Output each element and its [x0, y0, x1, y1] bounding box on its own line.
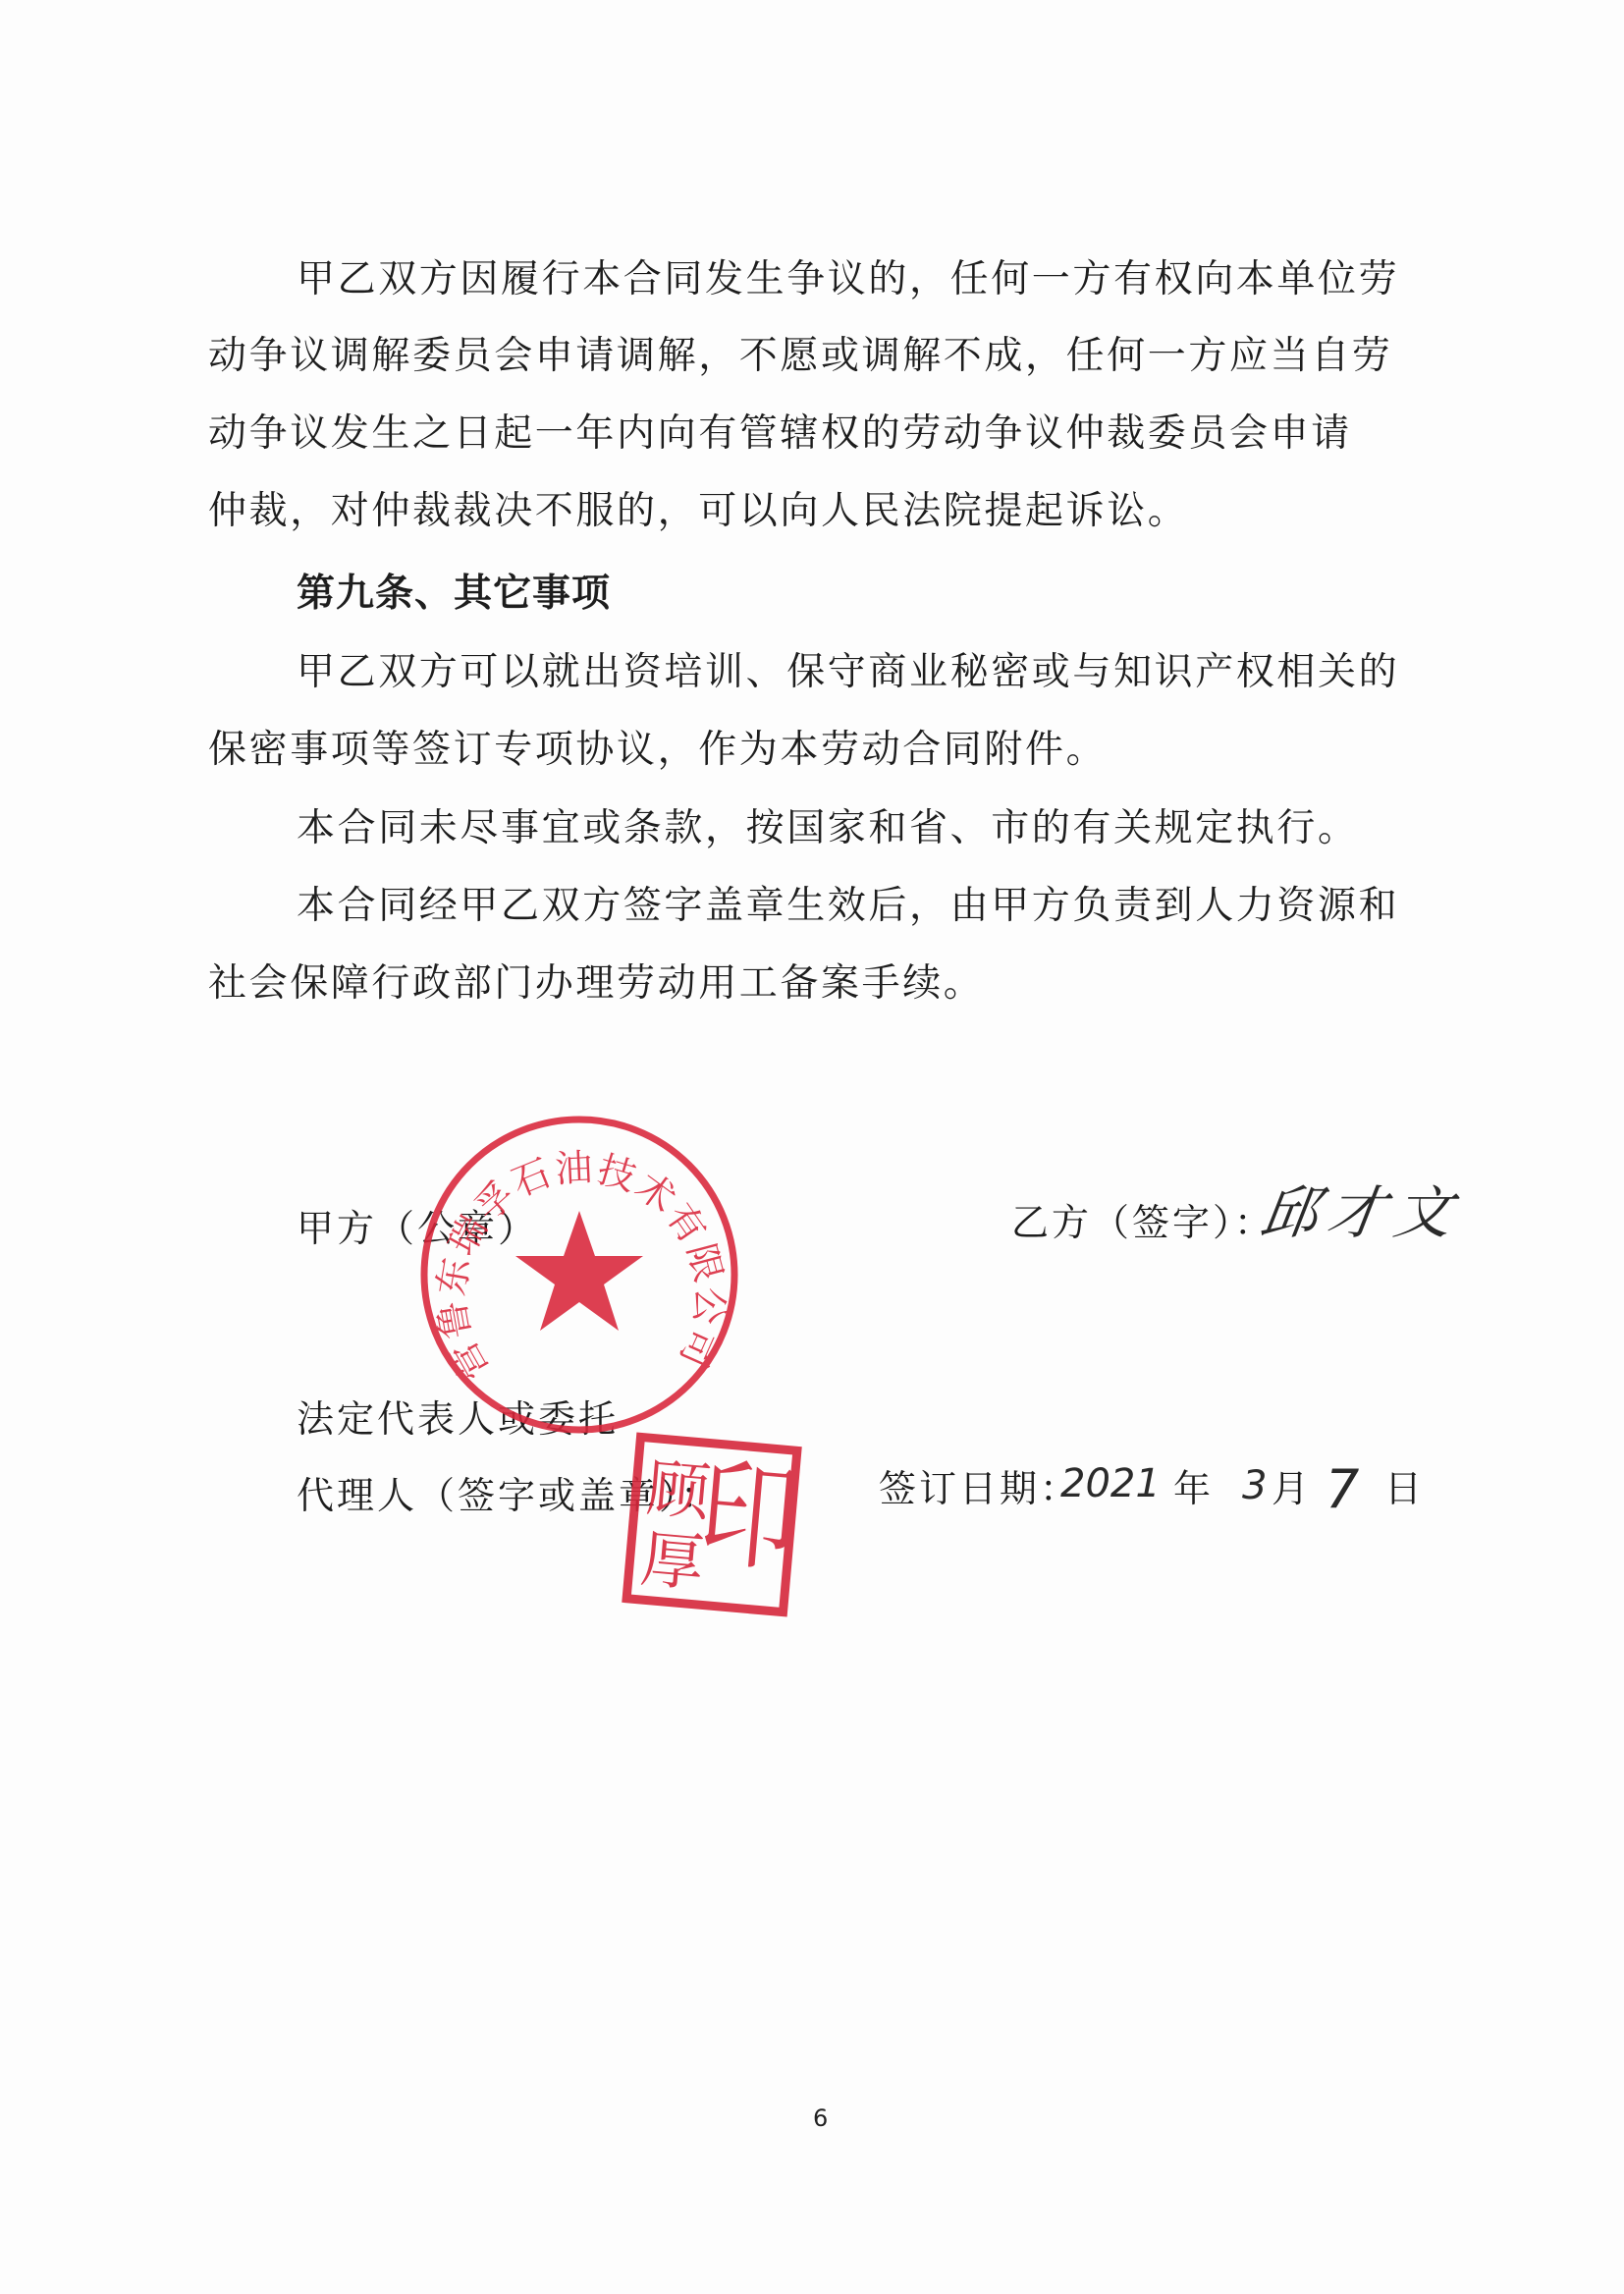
article-9-para2: 本合同未尽事宜或条款，按国家和省、市的有关规定执行。: [297, 806, 1359, 851]
signing-date-year: 2021: [1060, 1461, 1161, 1506]
personal-seal-char-3: 印: [694, 1445, 802, 1590]
paragraph-dispute-line-2: 动争议调解委员会申请调解，不愿或调解不成，任何一方应当自劳: [208, 334, 1392, 379]
seal-star-icon: [515, 1211, 643, 1331]
article-9-para3-line-1: 本合同经甲乙双方签字盖章生效后，由甲方负责到人力资源和: [297, 884, 1399, 929]
signing-date-year-unit: 年: [1173, 1466, 1214, 1511]
signing-date-month: 3: [1242, 1463, 1267, 1508]
party-b-signature: 邱才文: [1256, 1167, 1468, 1249]
company-seal-stamp: 营鲁东瑞孚石油技术有限公司: [417, 1113, 741, 1437]
article-9-heading: 第九条、其它事项: [297, 572, 611, 617]
article-9-para1-line-2: 保密事项等签订专项协议，作为本劳动合同附件。: [208, 728, 1107, 773]
signing-date-month-unit: 月: [1272, 1466, 1312, 1511]
article-9-para3-line-2: 社会保障行政部门办理劳动用工备案手续。: [208, 961, 984, 1007]
paragraph-dispute-line-1: 甲乙双方因履行本合同发生争议的，任何一方有权向本单位劳: [297, 257, 1399, 302]
paragraph-dispute-line-4: 仲裁，对仲裁裁决不服的，可以向人民法院提起诉讼。: [208, 489, 1188, 534]
personal-seal-stamp: 顾 厚 印: [622, 1432, 803, 1617]
document-page: 甲乙双方因履行本合同发生争议的，任何一方有权向本单位劳 动争议调解委员会申请调解…: [0, 0, 1624, 2294]
article-9-para1-line-1: 甲乙双方可以就出资培训、保守商业秘密或与知识产权相关的: [297, 650, 1399, 695]
page-number: 6: [813, 2104, 828, 2132]
signing-date-label: 签订日期：: [879, 1466, 1080, 1511]
signing-date-day-unit: 日: [1384, 1466, 1425, 1511]
paragraph-dispute-line-3: 动争议发生之日起一年内向有管辖权的劳动争议仲裁委员会申请: [208, 411, 1352, 457]
signing-date-day: 7: [1326, 1458, 1359, 1520]
party-b-label: 乙方（签字）：: [1011, 1200, 1274, 1245]
